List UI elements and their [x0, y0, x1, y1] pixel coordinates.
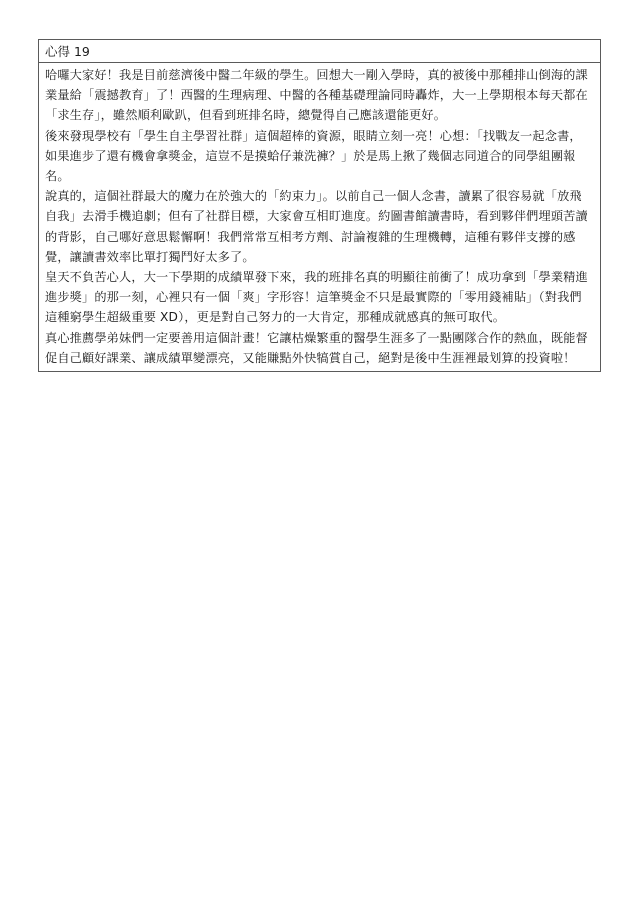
paragraph-community: 說真的，這個社群最大的魔力在於強大的「約束力」。以前自己一個人念書，讀累了很容易…	[45, 186, 594, 267]
paragraph-recommendation: 真心推薦學弟妹們一定要善用這個計畫！它讓枯燥繁重的醫學生涯多了一點團隊合作的熱血…	[45, 328, 594, 368]
reflection-body: 哈囉大家好！我是目前慈濟後中醫二年級的學生。回想大一剛入學時，真的被後中那種排山…	[39, 63, 600, 371]
paragraph-discovery: 後來發現學校有「學生自主學習社群」這個超棒的資源，眼睛立刻一亮！心想：「找戰友一…	[45, 126, 594, 187]
reflection-title: 心得 19	[39, 40, 600, 63]
document-page: 心得 19 哈囉大家好！我是目前慈濟後中醫二年級的學生。回想大一剛入學時，真的被…	[0, 0, 640, 905]
paragraph-intro: 哈囉大家好！我是目前慈濟後中醫二年級的學生。回想大一剛入學時，真的被後中那種排山…	[45, 65, 594, 126]
reflection-table: 心得 19 哈囉大家好！我是目前慈濟後中醫二年級的學生。回想大一剛入學時，真的被…	[38, 39, 601, 372]
paragraph-results: 皇天不負苦心人，大一下學期的成績單發下來，我的班排名真的明顯往前衝了！成功拿到「…	[45, 267, 594, 328]
